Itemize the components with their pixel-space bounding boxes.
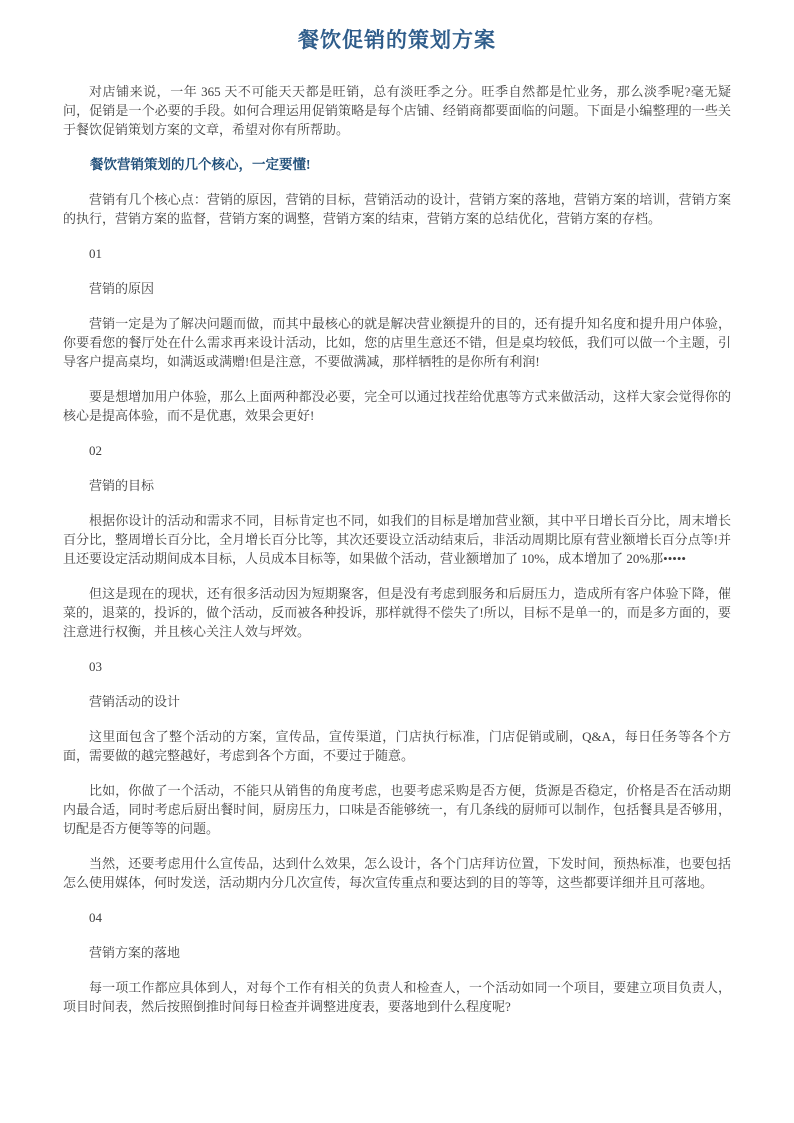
section-number-02: 02: [63, 441, 731, 460]
document-page: 餐饮促销的策划方案 对店铺来说，一年 365 天不可能天天都是旺销，总有淡旺季之…: [0, 0, 794, 1123]
section-01-paragraph-1: 营销一定是为了解决问题而做，而其中最核心的就是解决营业额提升的目的，还有提升知名…: [63, 314, 731, 371]
intro-paragraph: 对店铺来说，一年 365 天不可能天天都是旺销，总有淡旺季之分。旺季自然都是忙业…: [63, 82, 731, 139]
section-03-paragraph-2: 比如，你做了一个活动，不能只从销售的角度考虑，也要考虑采购是否方便，货源是否稳定…: [63, 781, 731, 838]
section-heading-goal: 营销的目标: [63, 476, 731, 495]
section-02-paragraph-1: 根据你设计的活动和需求不同，目标肯定也不同，如我们的目标是增加营业额，其中平日增…: [63, 511, 731, 568]
section-number-04: 04: [63, 908, 731, 927]
section-number-01: 01: [63, 244, 731, 263]
section-number-03: 03: [63, 657, 731, 676]
document-title: 餐饮促销的策划方案: [63, 26, 731, 56]
section-heading-reason: 营销的原因: [63, 279, 731, 298]
document-subtitle: 餐饮营销策划的几个核心，一定要懂!: [63, 155, 731, 174]
section-02-paragraph-2: 但这是现在的现状，还有很多活动因为短期聚客，但是没有考虑到服务和后厨压力，造成所…: [63, 584, 731, 641]
section-heading-implementation: 营销方案的落地: [63, 943, 731, 962]
section-01-paragraph-2: 要是想增加用户体验，那么上面两种都没必要，完全可以通过找茬给优惠等方式来做活动，…: [63, 387, 731, 425]
section-heading-activity-design: 营销活动的设计: [63, 692, 731, 711]
section-03-paragraph-3: 当然，还要考虑用什么宣传品，达到什么效果，怎么设计，各个门店拜访位置，下发时间，…: [63, 854, 731, 892]
section-04-paragraph-1: 每一项工作都应具体到人，对每个工作有相关的负责人和检查人，一个活动如同一个项目，…: [63, 978, 731, 1016]
overview-paragraph: 营销有几个核心点：营销的原因，营销的目标，营销活动的设计，营销方案的落地，营销方…: [63, 190, 731, 228]
section-03-paragraph-1: 这里面包含了整个活动的方案，宣传品，宣传渠道，门店执行标准，门店促销或刷，Q&A…: [63, 727, 731, 765]
